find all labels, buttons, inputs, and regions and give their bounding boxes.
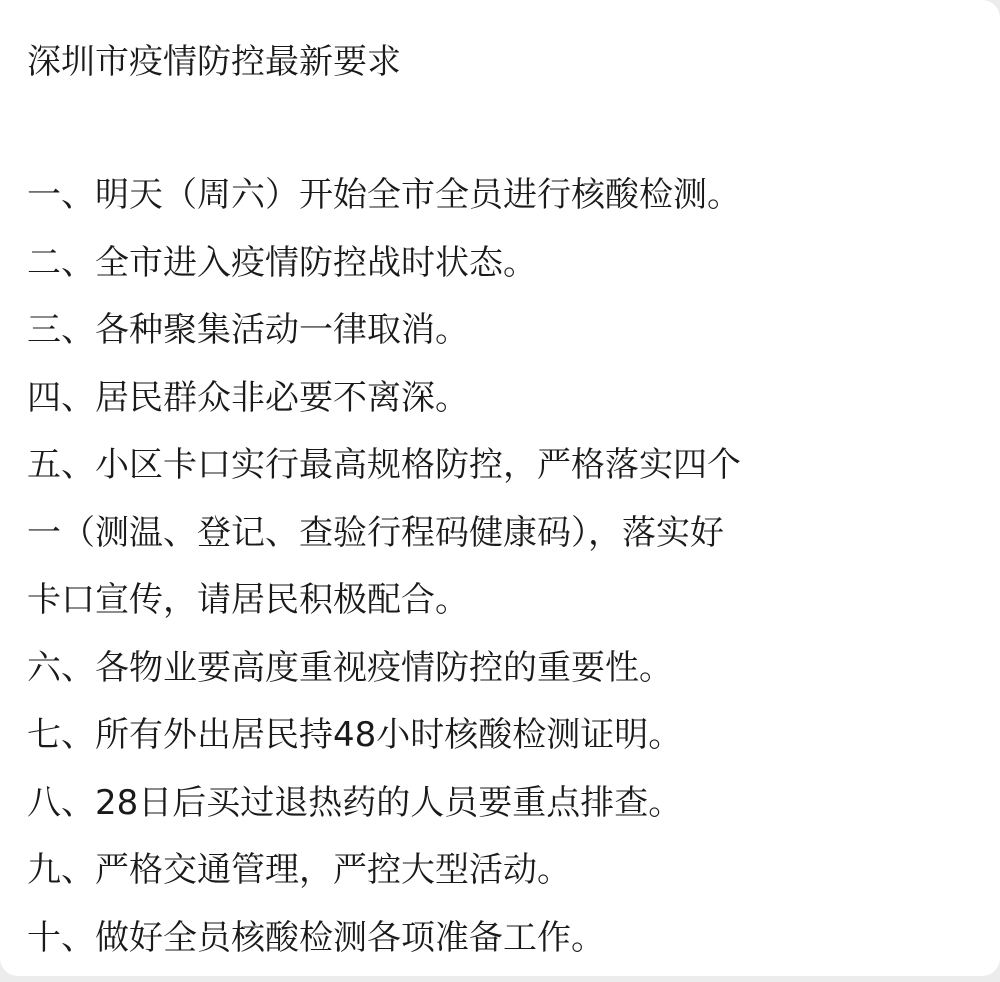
requirement-4: 四、居民群众非必要不离深。: [27, 365, 1000, 433]
requirement-3: 三、各种聚集活动一律取消。: [27, 297, 1000, 365]
message-card: 深圳市疫情防控最新要求 一、明天（周六）开始全市全员进行核酸检测。 二、全市进入…: [0, 0, 1000, 976]
requirement-5-line-1: 五、小区卡口实行最高规格防控，严格落实四个: [27, 432, 1000, 500]
requirement-10: 十、做好全员核酸检测各项准备工作。: [27, 905, 1000, 973]
requirement-5-line-3: 卡口宣传，请居民积极配合。: [27, 567, 1000, 635]
requirement-6: 六、各物业要高度重视疫情防控的重要性。: [27, 635, 1000, 703]
requirement-5-line-2: 一（测温、登记、查验行程码健康码），落实好: [27, 500, 1000, 568]
blank-line: [27, 90, 1000, 162]
requirements-list: 一、明天（周六）开始全市全员进行核酸检测。 二、全市进入疫情防控战时状态。 三、…: [27, 162, 1000, 972]
requirement-8: 八、28日后买过退热药的人员要重点排查。: [27, 770, 1000, 838]
requirement-1: 一、明天（周六）开始全市全员进行核酸检测。: [27, 162, 1000, 230]
requirement-2: 二、全市进入疫情防控战时状态。: [27, 230, 1000, 298]
document-title: 深圳市疫情防控最新要求: [27, 34, 1000, 90]
requirement-7: 七、所有外出居民持48小时核酸检测证明。: [27, 702, 1000, 770]
requirement-9: 九、严格交通管理，严控大型活动。: [27, 837, 1000, 905]
